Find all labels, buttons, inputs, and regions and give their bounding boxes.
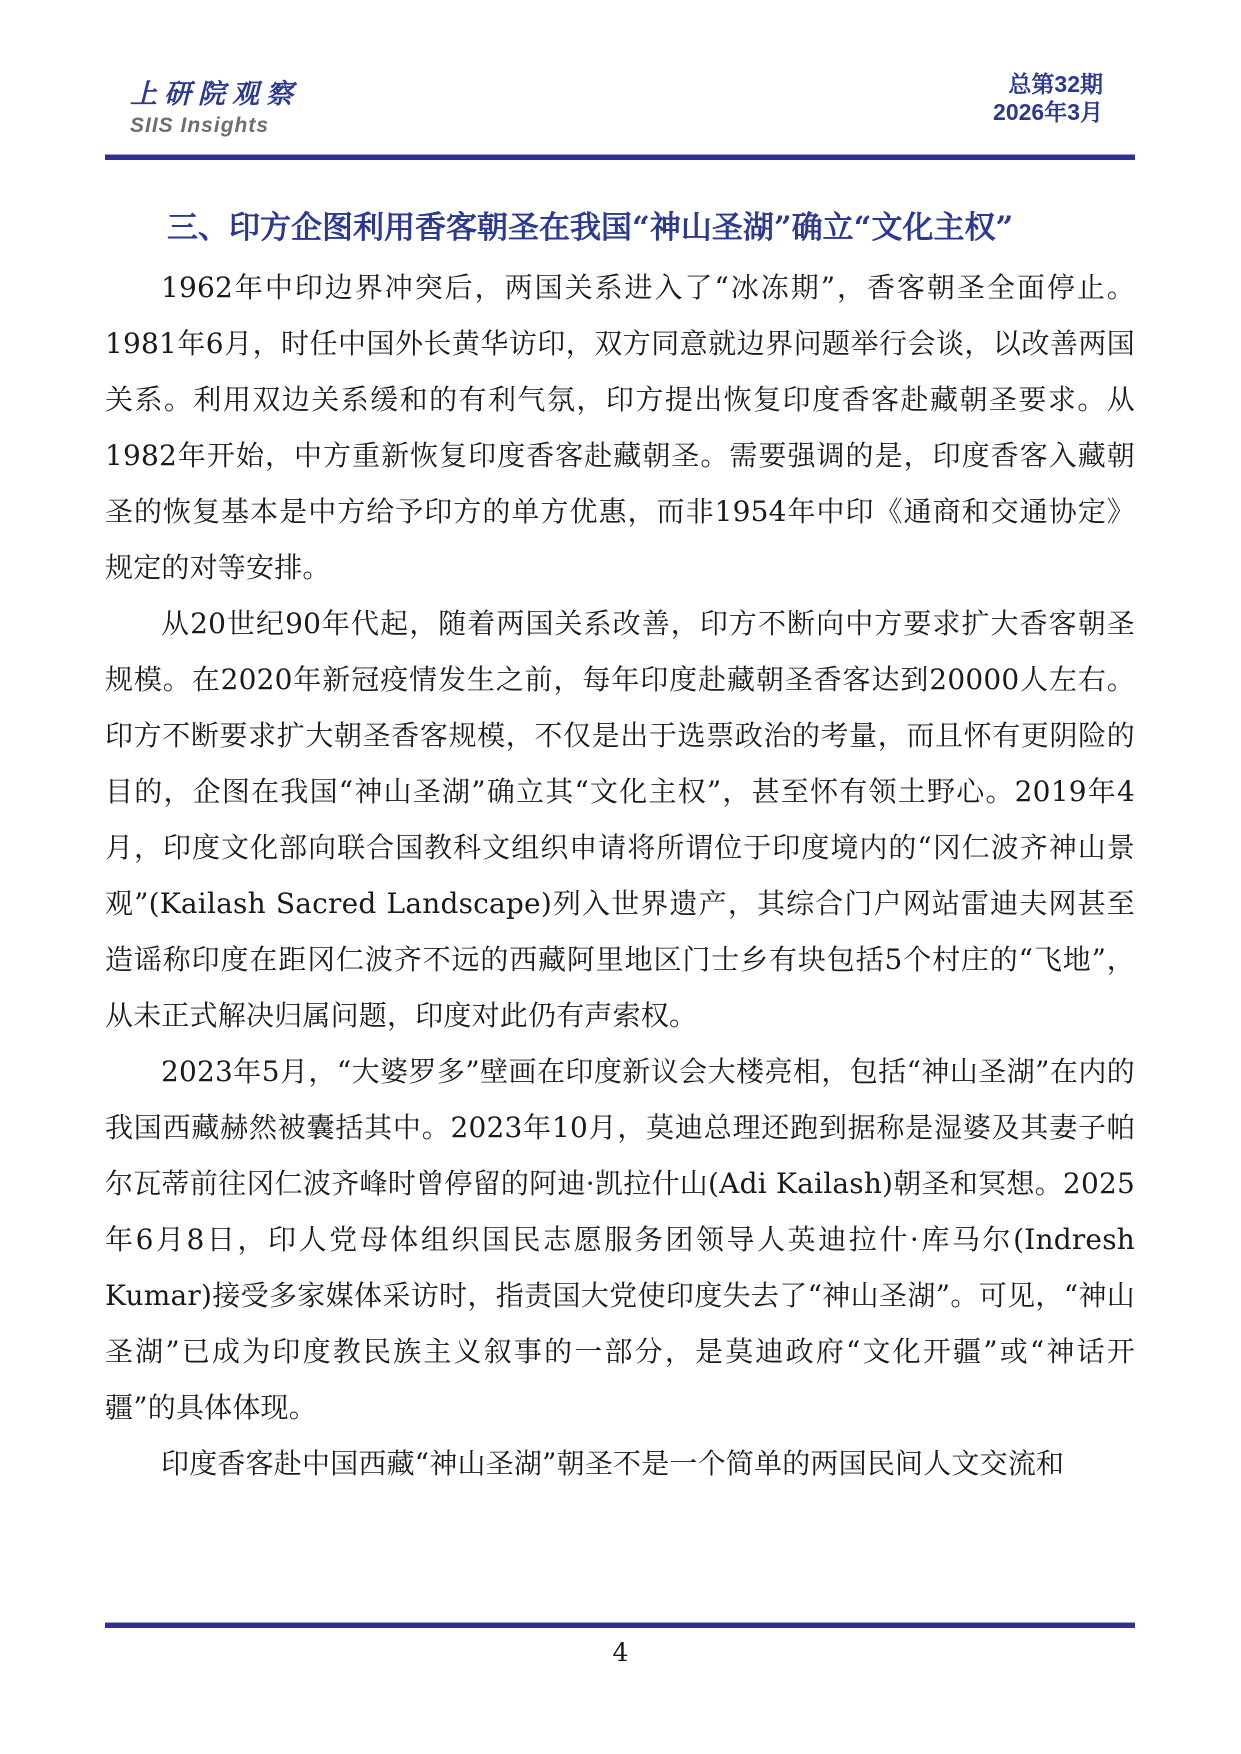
page-number: 4 (0, 1638, 1241, 1667)
document-body: 三、印方企图利用香客朝圣在我国“神山圣湖”确立“文化主权” 1962年中印边界冲… (105, 198, 1135, 1492)
paragraph-3: 2023年5月，“大婆罗多”壁画在印度新议会大楼亮相，包括“神山圣湖”在内的我国… (105, 1044, 1135, 1436)
header-rule-divider (105, 154, 1135, 160)
paragraph-1: 1962年中印边界冲突后，两国关系进入了“冰冻期”，香客朝圣全面停止。1981年… (105, 260, 1135, 596)
paragraph-2: 从20世纪90年代起，随着两国关系改善，印方不断向中方要求扩大香客朝圣规模。在2… (105, 596, 1135, 1044)
issue-number: 总第32期 (993, 70, 1103, 98)
issue-info: 总第32期 2026年3月 (993, 70, 1103, 126)
publication-logo: 上研院观察 SIIS Insights (130, 72, 300, 138)
logo-chinese-title: 上研院观察 (130, 72, 300, 111)
document-page: 上研院观察 SIIS Insights 总第32期 2026年3月 三、印方企图… (0, 0, 1241, 1754)
logo-english-title: SIIS Insights (130, 114, 300, 138)
issue-date: 2026年3月 (993, 98, 1103, 126)
footer-rule-divider (105, 1622, 1135, 1628)
section-title: 三、印方企图利用香客朝圣在我国“神山圣湖”确立“文化主权” (105, 198, 1135, 258)
paragraph-4: 印度香客赴中国西藏“神山圣湖”朝圣不是一个简单的两国民间人文交流和 (105, 1436, 1135, 1492)
